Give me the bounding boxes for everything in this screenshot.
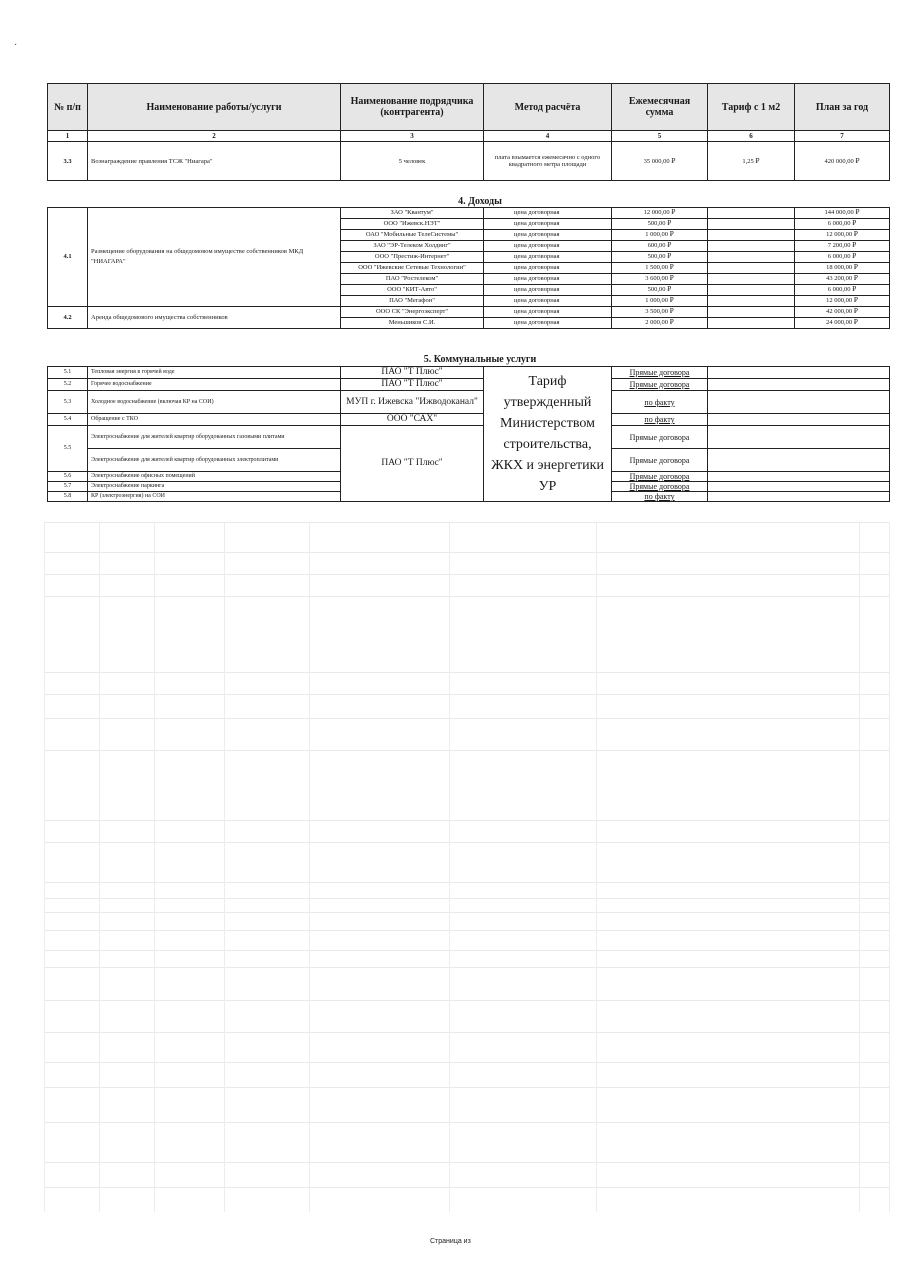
row-method: цена договорная [484, 241, 612, 252]
row-contractor: ЗАО "Квантум" [341, 208, 484, 219]
row-contractor: ОАО "Мобильные ТелеСистемы" [341, 230, 484, 241]
row-tariff [708, 274, 795, 285]
row-empty [708, 426, 890, 449]
row-method: цена договорная [484, 230, 612, 241]
row-method: цена договорная [484, 263, 612, 274]
row-monthly: 3 600,00 ₽ [612, 274, 708, 285]
row-method: Прямые договора [612, 472, 708, 482]
row-method: плата взымается ежемесячно с одного квад… [484, 142, 612, 181]
row-plan: 6 000,00 ₽ [795, 219, 890, 230]
row-method: цена договорная [484, 208, 612, 219]
row-contractor: ЗАО "ЭР-Телеком Холдинг" [341, 241, 484, 252]
row-monthly: 12 000,00 ₽ [612, 208, 708, 219]
row-provider: ПАО "Т Плюс" [341, 367, 484, 379]
row-method: по факту [612, 391, 708, 414]
row-plan: 12 000,00 ₽ [795, 230, 890, 241]
row-contractor: ПАО "Ростелеком" [341, 274, 484, 285]
row-empty [708, 414, 890, 426]
row-empty [708, 391, 890, 414]
row-monthly: 35 000,00 ₽ [612, 142, 708, 181]
bleed-through-table [44, 522, 890, 1212]
col-number: 4 [484, 131, 612, 142]
row-name: Холодное водоснабжение (включая КР на СО… [88, 391, 341, 414]
section-title-utilities: 5. Коммунальные услуги [380, 354, 580, 365]
col-number: 6 [708, 131, 795, 142]
row-tariff [708, 307, 795, 318]
table-row: 4.1Размещение оборудования на общедомово… [48, 208, 890, 219]
row-tariff [708, 230, 795, 241]
row-contractor: ПАО "Мегафон" [341, 296, 484, 307]
row-monthly: 2 000,00 ₽ [612, 318, 708, 329]
row-plan: 7 200,00 ₽ [795, 241, 890, 252]
table-row: 5.4Обращение с ТКОООО "САХ"по факту [48, 414, 890, 426]
row-empty [708, 379, 890, 391]
row-method: цена договорная [484, 219, 612, 230]
table-row: 5.2Горячее водоснабжениеПАО "Т Плюс"Прям… [48, 379, 890, 391]
row-name: Тепловая энергия в горячей воде [88, 367, 341, 379]
table-row: 5.5Электроснабжение для жителей квартир … [48, 426, 890, 449]
row-method: цена договорная [484, 252, 612, 263]
row-plan: 43 200,00 ₽ [795, 274, 890, 285]
group-num: 4.1 [48, 208, 88, 307]
row-name: Горячее водоснабжение [88, 379, 341, 391]
row-plan: 18 000,00 ₽ [795, 263, 890, 274]
row-plan: 42 000,00 ₽ [795, 307, 890, 318]
col-number: 1 [48, 131, 88, 142]
row-empty [708, 482, 890, 492]
page-footer: Страница из [430, 1238, 471, 1245]
row-plan: 6 000,00 ₽ [795, 285, 890, 296]
row-empty [708, 472, 890, 482]
row-contractor: 5 человек [341, 142, 484, 181]
row-num: 5.3 [48, 391, 88, 414]
row-monthly: 500,00 ₽ [612, 219, 708, 230]
row-contractor: ООО "Престиж-Интернет" [341, 252, 484, 263]
row-contractor: ООО СК "Энергоэксперт" [341, 307, 484, 318]
row-plan: 6 000,00 ₽ [795, 252, 890, 263]
row-method: Прямые договора [612, 426, 708, 449]
row-tariff [708, 208, 795, 219]
row-name: Электроснабжение офисных помещений [88, 472, 341, 482]
row-name: КР (электроэнергия) на СОИ [88, 492, 341, 502]
row-empty [708, 449, 890, 472]
row-method: цена договорная [484, 296, 612, 307]
row-monthly: 500,00 ₽ [612, 252, 708, 263]
section-title-income: 4. Доходы [380, 196, 580, 207]
row-empty [708, 367, 890, 379]
col-header-method: Метод расчёта [484, 84, 612, 131]
row-num: 5.5 [48, 426, 88, 472]
header-table: № п/п Наименование работы/услуги Наимено… [47, 83, 890, 181]
row-tariff [708, 296, 795, 307]
row-name: Вознаграждение правления ТСЖ "Ниагара" [88, 142, 341, 181]
row-method: Прямые договора [612, 367, 708, 379]
col-header-tariff: Тариф с 1 м2 [708, 84, 795, 131]
row-num: 5.7 [48, 482, 88, 492]
table-row: 5.1Тепловая энергия в горячей водеПАО "Т… [48, 367, 890, 379]
row-tariff [708, 252, 795, 263]
row-contractor: ООО "КИТ-Авто" [341, 285, 484, 296]
group-name: Размещение оборудования на общедомовом и… [88, 208, 341, 307]
utilities-table: 5.1Тепловая энергия в горячей водеПАО "Т… [47, 366, 890, 502]
col-header-name: Наименование работы/услуги [88, 84, 341, 131]
row-tariff [708, 219, 795, 230]
row-contractor: ООО "Ижевские Сетевые Технологии" [341, 263, 484, 274]
col-header-plan: План за год [795, 84, 890, 131]
row-plan: 12 000,00 ₽ [795, 296, 890, 307]
row-name: Электроснабжение для жителей квартир обо… [88, 426, 341, 449]
row-monthly: 1 000,00 ₽ [612, 296, 708, 307]
row-monthly: 3 500,00 ₽ [612, 307, 708, 318]
row-method: цена договорная [484, 318, 612, 329]
col-number: 3 [341, 131, 484, 142]
row-method: цена договорная [484, 307, 612, 318]
row-monthly: 500,00 ₽ [612, 285, 708, 296]
row-plan: 420 000,00 ₽ [795, 142, 890, 181]
row-tariff [708, 263, 795, 274]
row-num: 3.3 [48, 142, 88, 181]
row-tariff [708, 241, 795, 252]
tariff-note: Тариф утвержденный Министерством строите… [484, 367, 612, 502]
row-tariff [708, 318, 795, 329]
row-contractor: ООО "Ижевск.НЭТ" [341, 219, 484, 230]
row-method: Прямые договора [612, 379, 708, 391]
row-name: Обращение с ТКО [88, 414, 341, 426]
group-name: Аренда общедомового имущества собственни… [88, 307, 341, 329]
row-plan: 144 000,00 ₽ [795, 208, 890, 219]
row-num: 5.2 [48, 379, 88, 391]
row-name: Электроснабжение паркинга [88, 482, 341, 492]
row-num: 5.6 [48, 472, 88, 482]
row-contractor: Меньшиков С.И. [341, 318, 484, 329]
col-header-monthly: Ежемесячная сумма [612, 84, 708, 131]
row-num: 5.4 [48, 414, 88, 426]
col-number: 7 [795, 131, 890, 142]
row-method: по факту [612, 492, 708, 502]
row-provider: ПАО "Т Плюс" [341, 426, 484, 502]
row-method: цена договорная [484, 274, 612, 285]
col-number: 2 [88, 131, 341, 142]
income-table: 4.1Размещение оборудования на общедомово… [47, 207, 890, 329]
row-tariff: 1,25 ₽ [708, 142, 795, 181]
col-header-num: № п/п [48, 84, 88, 131]
row-method: Прямые договора [612, 449, 708, 472]
row-plan: 24 000,00 ₽ [795, 318, 890, 329]
table-row: 4.2Аренда общедомового имущества собстве… [48, 307, 890, 318]
row-empty [708, 492, 890, 502]
row-monthly: 1 500,00 ₽ [612, 263, 708, 274]
group-num: 4.2 [48, 307, 88, 329]
row-method: цена договорная [484, 285, 612, 296]
scan-speck: · [14, 40, 17, 51]
row-tariff [708, 285, 795, 296]
row-monthly: 600,00 ₽ [612, 241, 708, 252]
row-method: по факту [612, 414, 708, 426]
table-row: 3.3 Вознаграждение правления ТСЖ "Ниагар… [48, 142, 890, 181]
row-num: 5.1 [48, 367, 88, 379]
row-provider: МУП г. Ижевска "Ижводоканал" [341, 391, 484, 414]
row-provider: ООО "САХ" [341, 414, 484, 426]
col-header-contractor: Наименование подрядчика (контрагента) [341, 84, 484, 131]
table-row: 5.3Холодное водоснабжение (включая КР на… [48, 391, 890, 414]
row-name: Электроснабжение для жителей квартир обо… [88, 449, 341, 472]
row-method: Прямые договора [612, 482, 708, 492]
row-num: 5.8 [48, 492, 88, 502]
row-monthly: 1 000,00 ₽ [612, 230, 708, 241]
row-provider: ПАО "Т Плюс" [341, 379, 484, 391]
col-number: 5 [612, 131, 708, 142]
